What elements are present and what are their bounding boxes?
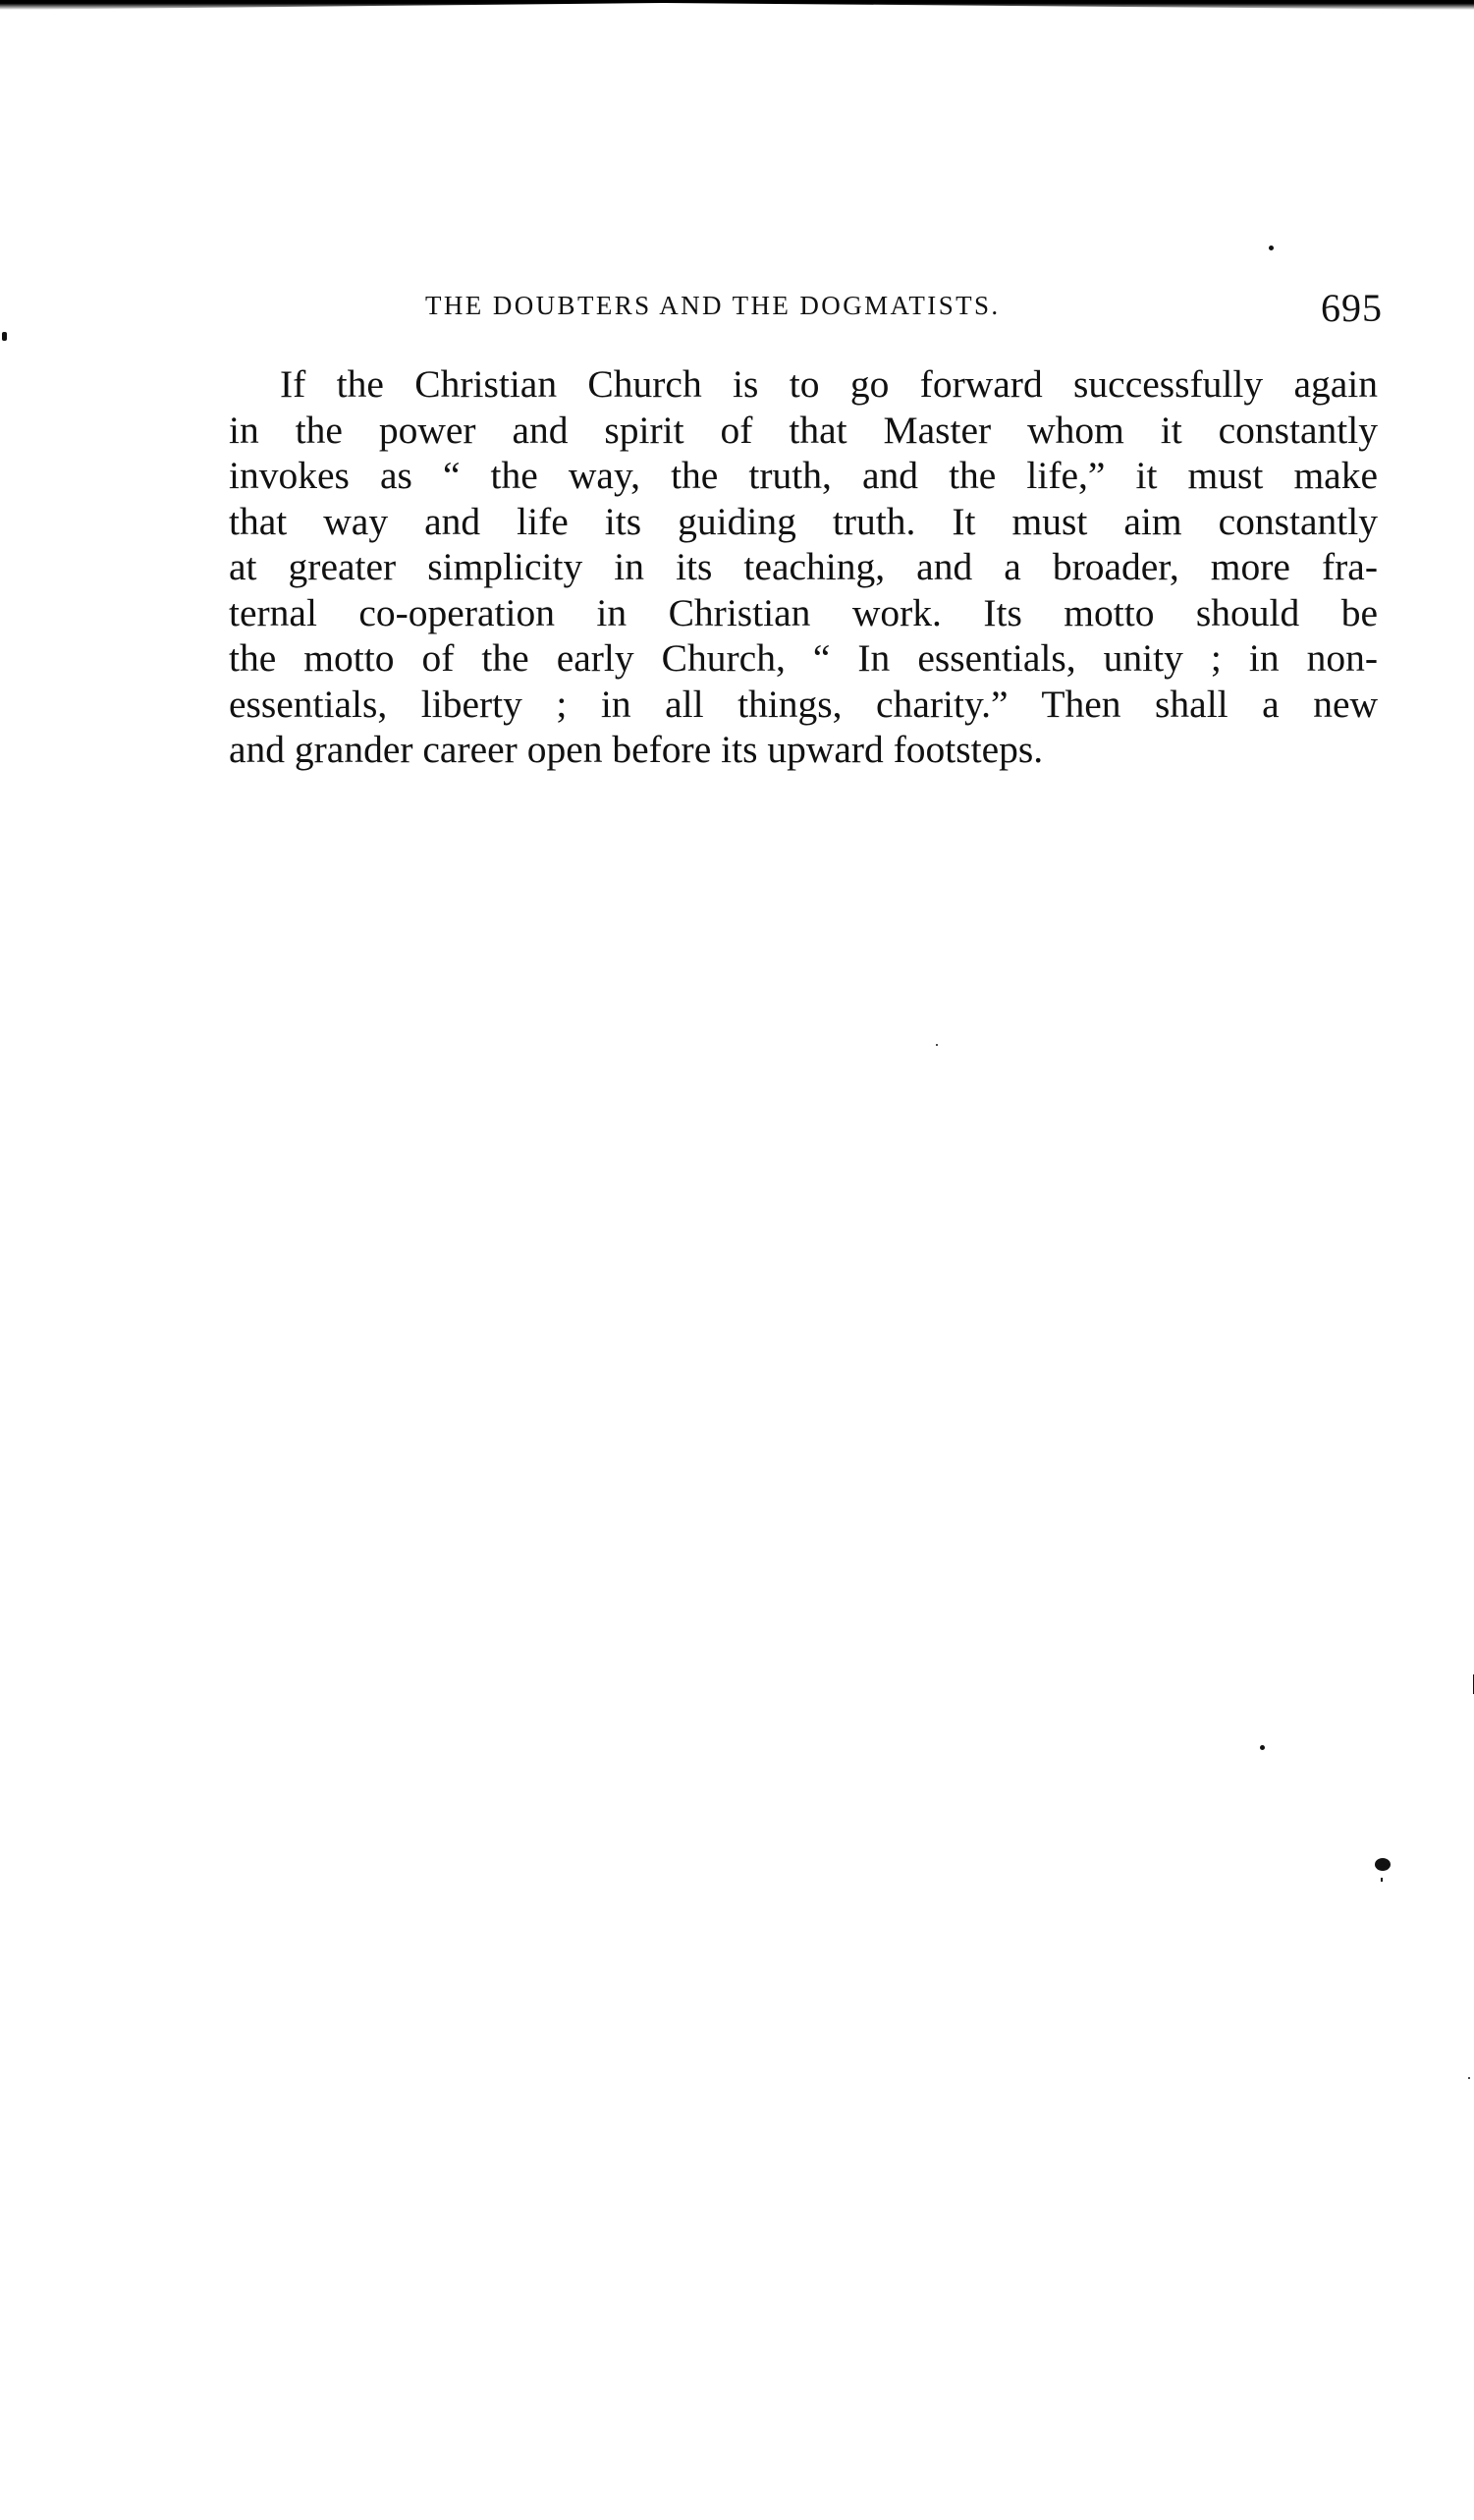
scan-speck [1269,246,1274,250]
paragraph-line: in the power and spirit of that Master w… [229,408,1378,454]
running-title: THE DOUBTERS AND THE DOGMATISTS. [425,291,1001,321]
scan-speck [1260,1745,1265,1750]
scan-speck [1468,2077,1470,2079]
paragraph-line: the motto of the early Church, “ In esse… [229,635,1378,682]
paragraph-line: essentials, liberty ; in all things, cha… [229,682,1378,728]
running-head: THE DOUBTERS AND THE DOGMATISTS. 695 [425,285,1383,334]
paragraph-line: and grander career open before its upwar… [229,727,1378,773]
scan-speck [2,332,7,341]
page-number: 695 [1321,285,1383,331]
body-paragraph: If the Christian Church is to go forward… [229,361,1378,773]
scan-speck [936,1044,938,1046]
paragraph-line: ternal co-operation in Christian work. I… [229,590,1378,636]
scan-speck [1381,1878,1383,1882]
paragraph-line: at greater simplicity in its teaching, a… [229,544,1378,590]
scan-speck [1375,1858,1391,1871]
paragraph-line: invokes as “ the way, the truth, and the… [229,453,1378,499]
scan-top-edge [0,0,1474,10]
paragraph-line: that way and life its guiding truth. It … [229,499,1378,545]
paragraph-line: If the Christian Church is to go forward… [229,361,1378,408]
